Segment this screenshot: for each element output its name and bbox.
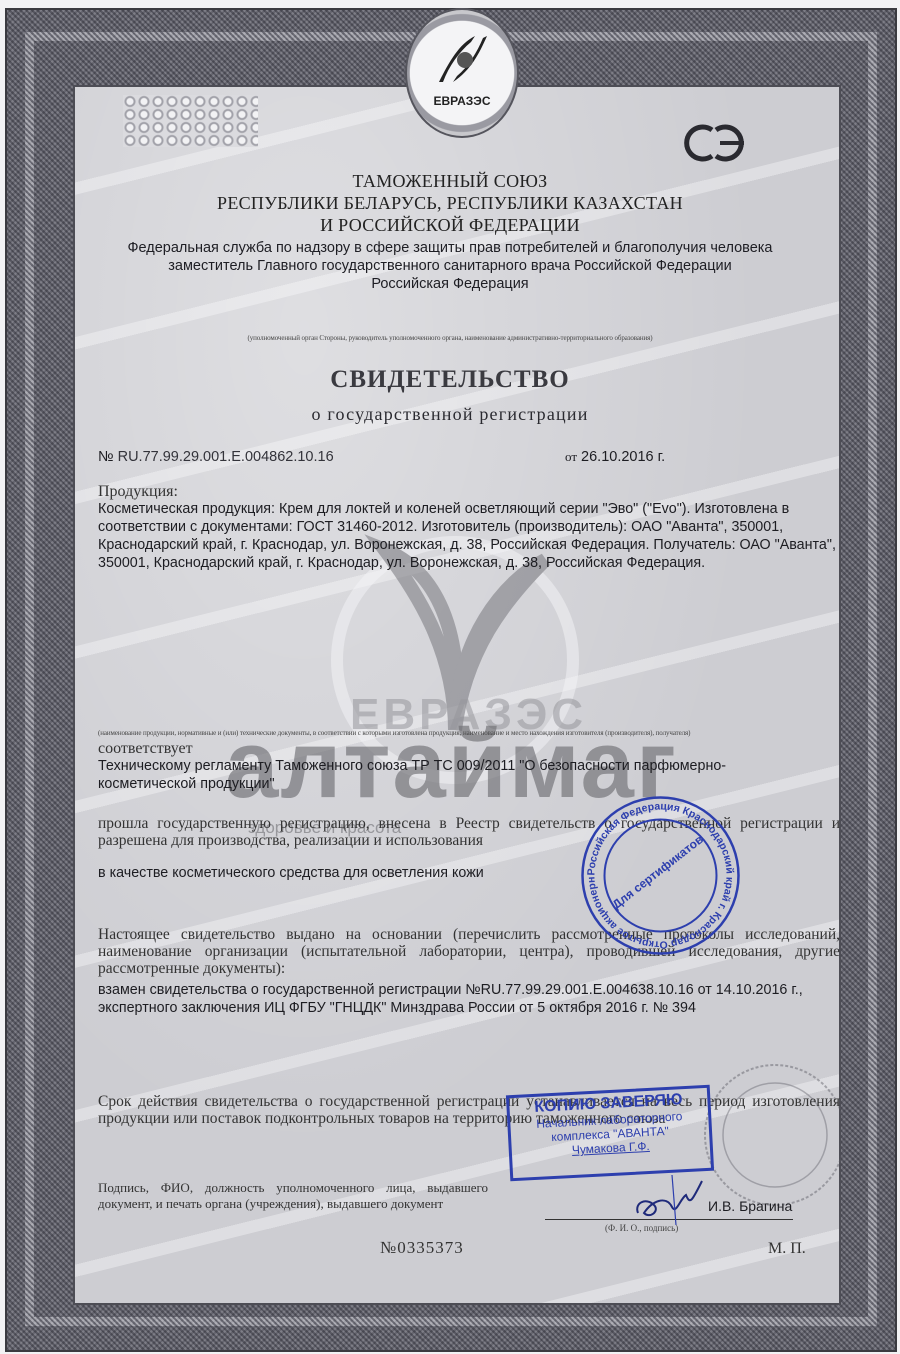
form-number: №0335373 [380,1238,464,1258]
product-heading: Продукция: [98,483,178,501]
signer-name: И.В. Брагина [708,1198,792,1214]
authority-line2: заместитель Главного государственного са… [90,258,810,274]
evrazes-logo-icon [435,32,491,86]
seal-place: М. П. [768,1240,806,1258]
evrazes-emblem: ЕВРАЗЭС [405,8,519,138]
certificate-date-row: от 26.10.2016 г. [565,449,665,465]
certificate-subtitle: о государственной регистрации [90,404,810,425]
date-prefix: от [565,449,577,464]
product-description: Косметическая продукция: Крем для локтей… [98,500,838,572]
authority-line3: Российская Федерация [90,276,810,292]
authority-line1: Федеральная служба по надзору в сфере за… [70,240,830,256]
union-title-line3: И РОССИЙСКОЙ ФЕДЕРАЦИИ [90,215,810,236]
union-title-line2: РЕСПУБЛИКИ БЕЛАРУСЬ, РЕСПУБЛИКИ КАЗАХСТА… [90,193,810,214]
compliance-regulation: Техническому регламенту Таможенного союз… [98,757,818,793]
signature-scribble-icon [632,1175,712,1225]
signature-caption: Подпись, ФИО, должность уполномоченного … [98,1180,488,1212]
certificate-title: СВИДЕТЕЛЬСТВО [90,366,810,394]
issuance-basis-details: взамен свидетельства о государственной р… [98,981,838,1017]
microprint-pattern [123,95,258,147]
certificate-date: 26.10.2016 г. [581,449,665,465]
round-stamp-inner-text: Для сертификатов [610,832,706,912]
compliance-heading: соответствует [98,740,193,758]
official-seal-faint-icon [700,1060,850,1210]
authority-caption: (уполномоченный орган Стороны, руководит… [90,334,810,342]
company-round-stamp-icon: Российская Федерация Краснодарский край … [578,793,743,958]
validity-statement: Срок действия свидетельства о государств… [98,1093,840,1127]
registration-purpose: в качестве косметического средства для о… [98,864,598,882]
certificate-number-row: № RU.77.99.29.001.E.004862.10.16 [98,449,334,465]
copy-certified-stamp: КОПИЮ ЗАВЕРЯЮ Начальник лабораторного ко… [506,1085,714,1182]
customs-union-mark-icon [676,118,756,168]
number-prefix: № [98,449,114,465]
product-caption: (наименование продукции, нормативные и (… [98,729,838,737]
certificate-number: RU.77.99.29.001.E.004862.10.16 [118,449,334,465]
union-title-line1: ТАМОЖЕННЫЙ СОЮЗ [90,171,810,192]
emblem-label: ЕВРАЗЭС [407,94,517,108]
